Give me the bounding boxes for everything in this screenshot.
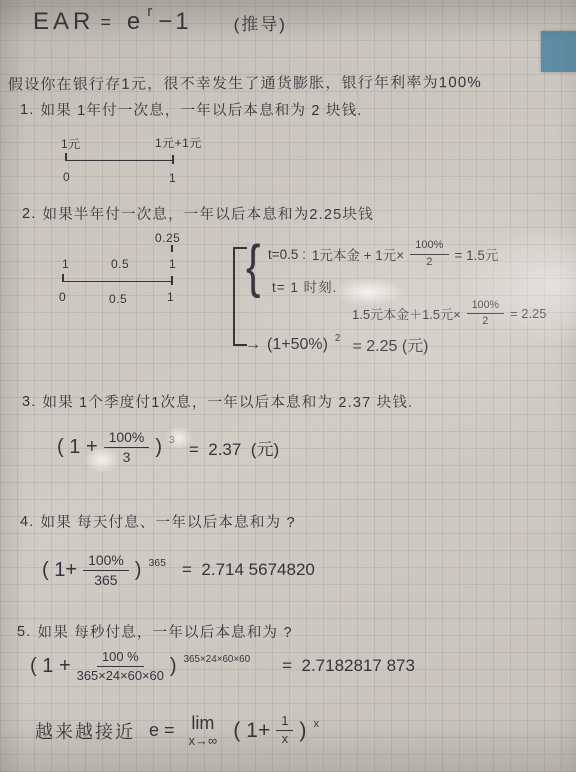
item-4-heading: 4. 如果 每天付息、一年以后本息和为 ? xyxy=(20,511,296,532)
timeline-1-axis xyxy=(65,160,173,161)
formula-3-exponent: 3 xyxy=(169,434,175,446)
conclusion-denominator: x xyxy=(282,731,288,746)
formula-5-close: ) xyxy=(170,655,177,678)
title-equals: = xyxy=(100,12,111,33)
total-exponent: 2 xyxy=(335,333,341,344)
formula-3-fraction: 100% 3 xyxy=(104,430,150,464)
item-5-text: 如果 每秒付息，一年以后本息和为 ? xyxy=(38,621,293,642)
timeline-2-bottom-2: 1 xyxy=(167,290,174,304)
conclusion-e-equals: e = xyxy=(149,720,175,741)
arrow-icon: → xyxy=(245,336,261,354)
intro-text: 假设你在银行存1元，很不幸发生了通货膨胀，银行年利率为100% xyxy=(8,71,576,95)
timeline-1-t1: 1 xyxy=(169,171,176,185)
item-1-text: 如果 1年付一次息，一年以后本息和为 2 块钱. xyxy=(41,99,363,120)
timeline-2-bottom-0: 0 xyxy=(59,290,66,304)
timeline-1-left-tick xyxy=(65,153,67,161)
handwritten-note-page: EAR = e r −1 (推导) 假设你在银行存1元，很不幸发生了通货膨胀，银… xyxy=(0,0,576,772)
item-4-number: 4. xyxy=(20,514,35,530)
conclusion-close: ) xyxy=(299,718,306,743)
timeline-2-axis xyxy=(62,281,172,282)
left-square-bracket xyxy=(233,247,247,346)
formula-3-numerator: 100% xyxy=(104,430,150,448)
curly-brace-glyph: { xyxy=(246,234,261,299)
formula-5-result: = 2.7182817 873 xyxy=(282,656,415,676)
conclusion-line: 越来越接近 e = lim x→∞ ( 1+ 1 x ) x xyxy=(35,714,319,748)
curly-brace: { xyxy=(246,238,261,296)
title-derivation-note: (推导) xyxy=(234,10,287,35)
timeline-2-peak-label: 0.25 xyxy=(155,231,180,245)
item-2-number: 2. xyxy=(22,206,37,222)
accrue-fraction-denominator: 2 xyxy=(482,314,488,327)
title-e-base: e xyxy=(127,8,140,36)
timeline-2-peak-tick xyxy=(171,245,173,252)
accrue-fraction-numerator: 100% xyxy=(467,300,504,314)
timeline-2-top-2: 1 xyxy=(169,257,176,271)
t-half-body: 1元本金 + 1元× xyxy=(312,244,404,264)
title-ear: EAR xyxy=(33,8,94,36)
formula-4-result: = 2.714 5674820 xyxy=(182,560,315,580)
accrue-fraction: 100% 2 xyxy=(467,300,504,327)
timeline-2-bottom-1: 0.5 xyxy=(109,292,127,306)
timeline-2-top-1: 0.5 xyxy=(111,257,129,271)
formula-5-fraction: 100 % 365×24×60×60 xyxy=(77,650,164,682)
title-minus-one: −1 xyxy=(158,8,191,36)
title-e-exponent: r xyxy=(147,4,152,20)
conclusion-lead: 越来越接近 xyxy=(35,718,135,744)
timeline-2-left-tick xyxy=(62,274,64,282)
blue-sticker-tab xyxy=(541,31,576,72)
formula-4-fraction: 100% 365 xyxy=(83,553,129,587)
item-1-number: 1. xyxy=(20,102,35,118)
conclusion-numerator: 1 xyxy=(276,715,293,731)
formula-3-result: = 2.37 (元) xyxy=(189,435,279,460)
page-title: EAR = e r −1 (推导) xyxy=(33,8,287,36)
item-5-number: 5. xyxy=(17,624,32,640)
t-half-fraction: 100% 2 xyxy=(410,240,448,268)
item-5-heading: 5. 如果 每秒付息，一年以后本息和为 ? xyxy=(17,621,293,642)
limit-word: lim xyxy=(191,714,214,732)
formula-3-denominator: 3 xyxy=(123,448,131,465)
formula-4-numerator: 100% xyxy=(83,553,129,571)
timeline-2: 0.25 1 0.5 1 0 0.5 1 xyxy=(48,230,188,306)
t-one-text: t= 1 时刻. xyxy=(272,280,337,295)
formula-5-numerator: 100 % xyxy=(97,650,144,667)
formula-3-close: ) xyxy=(155,436,162,459)
formula-4-close: ) xyxy=(135,559,142,582)
timeline-1-end-amount: 1元+1元 xyxy=(155,134,202,151)
formula-4-open: ( 1+ xyxy=(42,559,77,582)
conclusion-fraction: 1 x xyxy=(276,715,293,746)
formula-5-denominator: 365×24×60×60 xyxy=(77,667,164,683)
conclusion-open: ( 1+ xyxy=(233,718,270,743)
item-4-text: 如果 每天付息、一年以后本息和为 ? xyxy=(41,511,296,532)
item-3-heading: 3. 如果 1个季度付1次息，一年以后本息和为 2.37 块钱. xyxy=(22,391,413,412)
total-result: = 2.25 (元) xyxy=(352,333,428,356)
work-line-t-one: t= 1 时刻. xyxy=(272,276,337,296)
work-line-accrue: 1.5元本金＋1.5元× 100% 2 = 2.25 xyxy=(352,300,547,327)
timeline-2-top-0: 1 xyxy=(62,257,69,271)
work-line-total: → (1+50%) 2 = 2.25 (元) xyxy=(245,333,428,356)
timeline-2-right-tick xyxy=(171,276,173,285)
formula-4-exponent: 365 xyxy=(148,557,166,569)
t-half-fraction-numerator: 100% xyxy=(410,240,448,255)
formula-quarterly: ( 1 + 100% 3 ) 3 = 2.37 (元) xyxy=(57,430,279,464)
timeline-1-t0: 0 xyxy=(63,170,70,184)
work-line-t-half: t=0.5 : 1元本金 + 1元× 100% 2 = 1.5元 xyxy=(268,240,498,268)
item-2-heading: 2. 如果半年付一次息，一年以后本息和为2.25块钱 xyxy=(22,203,374,224)
formula-3-open: ( 1 + xyxy=(57,436,98,459)
t-half-result: = 1.5元 xyxy=(455,244,499,264)
item-2-text: 如果半年付一次息，一年以后本息和为2.25块钱 xyxy=(43,203,374,224)
formula-secondly: ( 1 + 100 % 365×24×60×60 ) 365×24×60×60 … xyxy=(30,650,415,682)
item-3-text: 如果 1个季度付1次息，一年以后本息和为 2.37 块钱. xyxy=(43,391,414,412)
limit-operator: lim x→∞ xyxy=(189,714,218,748)
total-base: (1+50%) xyxy=(267,336,328,354)
accrue-result: = 2.25 xyxy=(510,306,547,321)
formula-5-open: ( 1 + xyxy=(30,655,71,678)
formula-5-exponent: 365×24×60×60 xyxy=(184,654,251,665)
limit-subscript: x→∞ xyxy=(189,735,218,748)
t-half-fraction-denominator: 2 xyxy=(426,255,432,269)
formula-daily: ( 1+ 100% 365 ) 365 = 2.714 5674820 xyxy=(42,553,315,587)
timeline-1-start-amount: 1元 xyxy=(61,135,81,152)
accrue-body: 1.5元本金＋1.5元× xyxy=(352,304,461,323)
item-3-number: 3. xyxy=(22,394,37,410)
conclusion-exponent: x xyxy=(313,718,319,730)
item-1-heading: 1. 如果 1年付一次息，一年以后本息和为 2 块钱. xyxy=(20,99,363,120)
timeline-1-right-tick xyxy=(172,155,174,164)
t-half-label: t=0.5 : xyxy=(268,247,306,262)
formula-4-denominator: 365 xyxy=(94,571,117,588)
timeline-1: 1元 1元+1元 0 1 xyxy=(55,134,220,190)
